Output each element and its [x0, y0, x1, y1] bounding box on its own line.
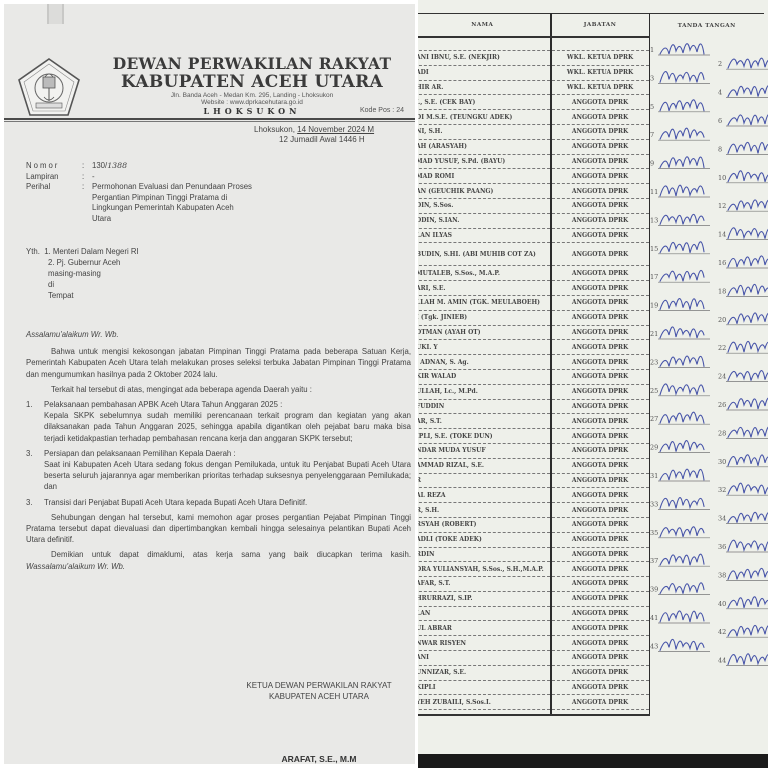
member-position: ANGGOTA DPRK — [551, 636, 649, 651]
member-name: BUDIN, S.HI. (ABI MUHIB COT ZA) — [418, 243, 551, 266]
signature-cell — [649, 243, 764, 266]
member-name: AFAR, S.T. — [418, 577, 551, 592]
member-name: MAD YUSUF, S.Pd. (BAYU) — [418, 154, 551, 169]
table-row: ULLAH, Lc., M.Pd.ANGGOTA DPRK — [418, 384, 764, 399]
table-row: ANIANGGOTA DPRK — [418, 651, 764, 666]
signature-cell — [649, 651, 764, 666]
signature-cell — [649, 414, 764, 429]
signature-cell — [649, 636, 764, 651]
member-name: L, S.E. (CEK BAY) — [418, 95, 551, 110]
member-name: NWAR RISYEN — [418, 636, 551, 651]
member-name: UNNIZAR, S.E. — [418, 665, 551, 680]
signature-cell — [649, 621, 764, 636]
signature-cell — [649, 488, 764, 503]
signature-cell — [649, 473, 764, 488]
table-row: OTMAN (AYAH OT)ANGGOTA DPRK — [418, 325, 764, 340]
member-name: OTMAN (AYAH OT) — [418, 325, 551, 340]
member-position: ANGGOTA DPRK — [551, 458, 649, 473]
letterhead-divider-thin — [4, 121, 415, 122]
signature-cell — [649, 95, 764, 110]
date-gregorian: 14 November 2024 M — [297, 125, 374, 134]
member-position: ANGGOTA DPRK — [551, 169, 649, 184]
table-row: DIN, S.Sos.ANGGOTA DPRK — [418, 198, 764, 213]
member-position: WKL. KETUA DPRK — [551, 51, 649, 66]
member-name: LAN — [418, 606, 551, 621]
letterhead-city: LHOKSUKON — [102, 106, 402, 116]
member-name: NDAR MUDA YUSUF — [418, 443, 551, 458]
signature-cell — [649, 184, 764, 199]
member-position: ANGGOTA DPRK — [551, 340, 649, 355]
table-row: DI M.S.E. (TEUNGKU ADEK)ANGGOTA DPRK — [418, 110, 764, 125]
member-position: ANGGOTA DPRK — [551, 281, 649, 296]
member-position: ANGGOTA DPRK — [551, 228, 649, 243]
member-position: ANGGOTA DPRK — [551, 384, 649, 399]
member-name: DI M.S.E. (TEUNGKU ADEK) — [418, 110, 551, 125]
table-row: NI, S.H.ANGGOTA DPRK — [418, 124, 764, 139]
letter-page: DEWAN PERWAKILAN RAKYAT KABUPATEN ACEH U… — [4, 4, 415, 764]
member-position: ANGGOTA DPRK — [551, 621, 649, 636]
member-name: AR, S.T. — [418, 414, 551, 429]
member-position: ANGGOTA DPRK — [551, 139, 649, 154]
member-name: YEH ZUBAILI, S.Sos.I. — [418, 695, 551, 710]
table-row: RANGGOTA DPRK — [418, 473, 764, 488]
paragraph-1: Bahwa untuk mengisi kekosongan jabatan P… — [26, 346, 411, 380]
table-row: RDINANGGOTA DPRK — [418, 547, 764, 562]
paragraph-4: Demikian untuk dapat dimaklumi, atas ker… — [26, 549, 411, 571]
dprk-emblem-icon — [16, 56, 82, 118]
member-position: ANGGOTA DPRK — [551, 95, 649, 110]
signature-cell — [649, 139, 764, 154]
table-row: YEH ZUBAILI, S.Sos.I.ANGGOTA DPRK — [418, 695, 764, 710]
recipient-2: 2. Pj. Gubernur Aceh — [26, 257, 139, 268]
table-row: NWAR RISYENANGGOTA DPRK — [418, 636, 764, 651]
letterhead-title-1: DEWAN PERWAKILAN RAKYAT — [102, 54, 402, 73]
member-name: I (Tgk. JINIEB) — [418, 310, 551, 325]
recipient-prefix: Yth. — [26, 247, 40, 256]
member-name: MUTALEB, S.Sos., M.A.P. — [418, 266, 551, 281]
member-name: ADI — [418, 65, 551, 80]
member-name: UL ABRAR — [418, 621, 551, 636]
recipient-di: di — [26, 279, 139, 290]
signature-cell — [649, 65, 764, 80]
member-position: ANGGOTA DPRK — [551, 198, 649, 213]
table-row: BUDIN, S.HI. (ABI MUHIB COT ZA)ANGGOTA D… — [418, 243, 764, 266]
member-position: ANGGOTA DPRK — [551, 517, 649, 532]
letterhead-divider — [4, 118, 415, 120]
signature-cell — [649, 591, 764, 606]
member-name: FUDDIN — [418, 399, 551, 414]
member-name: HIR AR. — [418, 80, 551, 95]
member-name: KIPLI — [418, 680, 551, 695]
member-name: RDIN — [418, 547, 551, 562]
member-position: ANGGOTA DPRK — [551, 665, 649, 680]
signature-cell — [649, 429, 764, 444]
member-name: ANI IBNU, S.E. (NEKJIR) — [418, 51, 551, 66]
table-row: UNNIZAR, S.E.ANGGOTA DPRK — [418, 665, 764, 680]
signature-cell — [649, 228, 764, 243]
signature-cell — [649, 458, 764, 473]
member-name: R — [418, 473, 551, 488]
member-position: ANGGOTA DPRK — [551, 562, 649, 577]
table-row: RSYAH (ROBERT)ANGGOTA DPRK — [418, 517, 764, 532]
member-name: ULLAH, Lc., M.Pd. — [418, 384, 551, 399]
table-row: ADLI (TOKE ADEK)ANGGOTA DPRK — [418, 532, 764, 547]
signature-cell — [649, 384, 764, 399]
member-name: AN (GEUCHIK PAANG) — [418, 184, 551, 199]
table-row: KIR WALADANGGOTA DPRK — [418, 369, 764, 384]
col-header-name: NAMA — [418, 14, 551, 38]
signature-cell — [649, 355, 764, 370]
nomor-label: Nomor — [26, 161, 82, 172]
greeting: Assalamu'alaikum Wr. Wb. — [26, 329, 411, 340]
member-position: ANGGOTA DPRK — [551, 154, 649, 169]
member-position: WKL. KETUA DPRK — [551, 80, 649, 95]
member-name: RSYAH (ROBERT) — [418, 517, 551, 532]
col-header-signature: TANDA TANGAN — [649, 14, 764, 38]
signature-cell — [649, 695, 764, 710]
member-name: AH (ARASYAH) — [418, 139, 551, 154]
member-position: ANGGOTA DPRK — [551, 591, 649, 606]
signature-cell — [649, 310, 764, 325]
letter-date: Lhoksukon, 14 November 2024 M — [254, 125, 374, 134]
member-name: LAN ILYAS — [418, 228, 551, 243]
member-position: ANGGOTA DPRK — [551, 243, 649, 266]
member-position: ANGGOTA DPRK — [551, 399, 649, 414]
col-header-position: JABATAN — [551, 14, 649, 38]
member-name: KIR WALAD — [418, 369, 551, 384]
signature-cell — [649, 547, 764, 562]
signature-cell — [649, 340, 764, 355]
signature-cell — [649, 517, 764, 532]
member-position: ANGGOTA DPRK — [551, 443, 649, 458]
member-position: ANGGOTA DPRK — [551, 651, 649, 666]
perihal-value: Permohonan Evaluasi dan Penundaan Proses… — [92, 182, 252, 224]
signature-cell — [649, 562, 764, 577]
letterhead-title-2: KABUPATEN ACEH UTARA — [102, 72, 402, 92]
photo-edge — [418, 754, 768, 768]
member-position: ANGGOTA DPRK — [551, 414, 649, 429]
signature-cell — [649, 51, 764, 66]
paragraph-3: Sehubungan dengan hal tersebut, kami mem… — [26, 512, 411, 546]
table-row: HIR AR.WKL. KETUA DPRK — [418, 80, 764, 95]
signature-cell — [649, 198, 764, 213]
agenda-item-3: 3. Transisi dari Penjabat Bupati Aceh Ut… — [26, 497, 411, 508]
member-name: ADLI (TOKE ADEK) — [418, 532, 551, 547]
member-position: ANGGOTA DPRK — [551, 369, 649, 384]
table-row: LLAH M. AMIN (TGK. MEULABOEH)ANGGOTA DPR… — [418, 295, 764, 310]
member-position: ANGGOTA DPRK — [551, 266, 649, 281]
table-row: MAD ROMIANGGOTA DPRK — [418, 169, 764, 184]
table-row: AFAR, S.T.ANGGOTA DPRK — [418, 577, 764, 592]
member-position: ANGGOTA DPRK — [551, 695, 649, 710]
table-row: ADIWKL. KETUA DPRK — [418, 65, 764, 80]
signature-cell — [649, 124, 764, 139]
attendance-table: NAMA JABATAN TANDA TANGAN ANI IBNU, S.E.… — [418, 13, 764, 716]
recipients: Yth. 1. Menteri Dalam Negeri RI 2. Pj. G… — [26, 246, 139, 301]
member-name: ODIN, S.IAN. — [418, 213, 551, 228]
member-name: R, S.H. — [418, 503, 551, 518]
signature-cell — [649, 532, 764, 547]
nomor-value: 130/1388 — [92, 161, 252, 172]
member-name: HRURRAZI, S.IP. — [418, 591, 551, 606]
signature-cell — [649, 266, 764, 281]
lampiran-value: - — [92, 172, 252, 183]
member-position: ANGGOTA DPRK — [551, 295, 649, 310]
member-name: LLAH M. AMIN (TGK. MEULABOEH) — [418, 295, 551, 310]
table-row: IPLI, S.E. (TOKE DUN)ANGGOTA DPRK — [418, 429, 764, 444]
table-row: AH (ARASYAH)ANGGOTA DPRK — [418, 139, 764, 154]
signature-cell — [649, 680, 764, 695]
table-row: LANANGGOTA DPRK — [418, 606, 764, 621]
paper-clip — [47, 4, 64, 24]
letterhead-postal-code: Kode Pos : 24 — [360, 107, 404, 114]
member-position: ANGGOTA DPRK — [551, 184, 649, 199]
lampiran-label: Lampiran — [26, 172, 82, 183]
member-name: UKI. Y — [418, 340, 551, 355]
signature-cell — [649, 213, 764, 228]
table-row: MAD YUSUF, S.Pd. (BAYU)ANGGOTA DPRK — [418, 154, 764, 169]
table-row: . ADNAN, S. Ag.ANGGOTA DPRK — [418, 355, 764, 370]
table-row: FUDDINANGGOTA DPRK — [418, 399, 764, 414]
recipient-tempat: Tempat — [26, 290, 139, 301]
member-name: AL REZA — [418, 488, 551, 503]
letter-date-hijri: 12 Jumadil Awal 1446 H — [279, 135, 365, 144]
signature-cell — [649, 503, 764, 518]
table-row: L, S.E. (CEK BAY)ANGGOTA DPRK — [418, 95, 764, 110]
paragraph-2: Terkait hal tersebut di atas, mengingat … — [26, 384, 411, 395]
signature-cell — [649, 295, 764, 310]
signature-cell — [649, 577, 764, 592]
member-name: ARI, S.E. — [418, 281, 551, 296]
perihal-label: Perihal — [26, 182, 82, 224]
table-row: AL REZAANGGOTA DPRK — [418, 488, 764, 503]
signatory-title: KETUA DEWAN PERWAKILAN RAKYAT KABUPATEN … — [214, 680, 415, 702]
member-position: ANGGOTA DPRK — [551, 110, 649, 125]
member-name: DRA YULIANSYAH, S.Sos., S.H.,M.A.P. — [418, 562, 551, 577]
member-name: . ADNAN, S. Ag. — [418, 355, 551, 370]
member-position: ANGGOTA DPRK — [551, 473, 649, 488]
table-row: ODIN, S.IAN.ANGGOTA DPRK — [418, 213, 764, 228]
member-position: ANGGOTA DPRK — [551, 325, 649, 340]
member-position: ANGGOTA DPRK — [551, 213, 649, 228]
signature-cell — [649, 443, 764, 458]
date-prefix: Lhoksukon, — [254, 125, 295, 134]
table-row: AR, S.T.ANGGOTA DPRK — [418, 414, 764, 429]
letter-meta: Nomor : 130/1388 Lampiran : - Perihal : … — [26, 161, 252, 224]
member-position: ANGGOTA DPRK — [551, 124, 649, 139]
member-name: ANI — [418, 651, 551, 666]
table-row: UL ABRARANGGOTA DPRK — [418, 621, 764, 636]
member-position: ANGGOTA DPRK — [551, 429, 649, 444]
member-name: MAD ROMI — [418, 169, 551, 184]
signature-cell — [649, 399, 764, 414]
signatory-name: ARAFAT, S.E., M.M — [214, 754, 415, 764]
signature-cell — [649, 281, 764, 296]
member-position: ANGGOTA DPRK — [551, 606, 649, 621]
letterhead-address: Jln. Banda Aceh - Medan Km. 295, Landing… — [102, 92, 402, 99]
recipient-1: 1. Menteri Dalam Negeri RI — [44, 247, 138, 256]
member-name: AMMAD RIZAL, S.E. — [418, 458, 551, 473]
table-row: MUTALEB, S.Sos., M.A.P.ANGGOTA DPRK — [418, 266, 764, 281]
table-row: NDAR MUDA YUSUFANGGOTA DPRK — [418, 443, 764, 458]
attendance-sheet: NAMA JABATAN TANDA TANGAN ANI IBNU, S.E.… — [418, 0, 768, 768]
signature-cell — [649, 665, 764, 680]
table-row: I (Tgk. JINIEB)ANGGOTA DPRK — [418, 310, 764, 325]
table-row: ARI, S.E.ANGGOTA DPRK — [418, 281, 764, 296]
table-row: KIPLIANGGOTA DPRK — [418, 680, 764, 695]
signature-cell — [649, 169, 764, 184]
member-position: ANGGOTA DPRK — [551, 310, 649, 325]
signature-cell — [649, 80, 764, 95]
member-position: ANGGOTA DPRK — [551, 547, 649, 562]
member-name: IPLI, S.E. (TOKE DUN) — [418, 429, 551, 444]
signature-cell — [649, 154, 764, 169]
table-row: HRURRAZI, S.IP.ANGGOTA DPRK — [418, 591, 764, 606]
signature-cell — [649, 606, 764, 621]
table-row: UKI. YANGGOTA DPRK — [418, 340, 764, 355]
member-position: ANGGOTA DPRK — [551, 680, 649, 695]
table-row: DRA YULIANSYAH, S.Sos., S.H.,M.A.P.ANGGO… — [418, 562, 764, 577]
recipient-masing: masing-masing — [26, 268, 139, 279]
signature-cell — [649, 110, 764, 125]
member-position: ANGGOTA DPRK — [551, 503, 649, 518]
table-row: ANI IBNU, S.E. (NEKJIR)WKL. KETUA DPRK — [418, 51, 764, 66]
table-row: AN (GEUCHIK PAANG)ANGGOTA DPRK — [418, 184, 764, 199]
agenda-item-2: 3. Persiapan dan pelaksanaan Pemilihan K… — [26, 448, 411, 493]
member-position: ANGGOTA DPRK — [551, 532, 649, 547]
member-name: DIN, S.Sos. — [418, 198, 551, 213]
member-position: ANGGOTA DPRK — [551, 577, 649, 592]
letter-body: Assalamu'alaikum Wr. Wb. Bahwa untuk men… — [26, 329, 411, 576]
member-position: WKL. KETUA DPRK — [551, 65, 649, 80]
table-row: AMMAD RIZAL, S.E.ANGGOTA DPRK — [418, 458, 764, 473]
signature-cell — [649, 369, 764, 384]
table-row: LAN ILYASANGGOTA DPRK — [418, 228, 764, 243]
letterhead-website: Website : www.dprkacehutara.go.id — [102, 99, 402, 106]
member-name: NI, S.H. — [418, 124, 551, 139]
table-row: R, S.H.ANGGOTA DPRK — [418, 503, 764, 518]
member-position: ANGGOTA DPRK — [551, 488, 649, 503]
member-position: ANGGOTA DPRK — [551, 355, 649, 370]
signature-cell — [649, 325, 764, 340]
agenda-item-1: 1. Pelaksanaan pembahasan APBK Aceh Utar… — [26, 399, 411, 444]
